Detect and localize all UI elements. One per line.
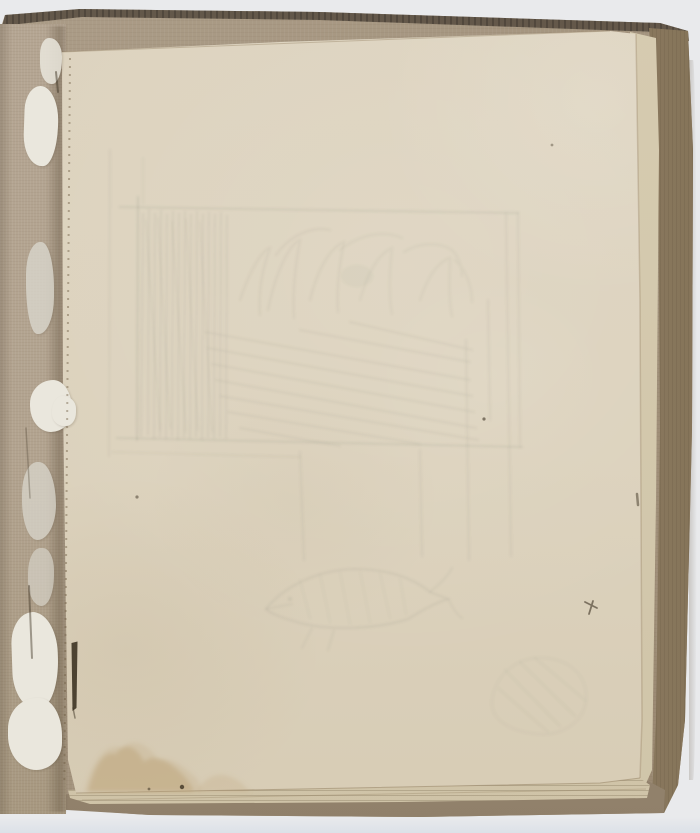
torn-page-stub bbox=[52, 396, 76, 426]
torn-page-stub bbox=[28, 548, 54, 606]
scan-background-strip bbox=[0, 817, 700, 833]
torn-page-stub bbox=[40, 38, 62, 84]
torn-page-stub bbox=[22, 462, 56, 540]
torn-page-stub bbox=[26, 242, 54, 334]
torn-page-stub bbox=[8, 698, 62, 770]
sketchbook-page bbox=[0, 0, 700, 833]
sketchbook-scan bbox=[0, 0, 700, 833]
